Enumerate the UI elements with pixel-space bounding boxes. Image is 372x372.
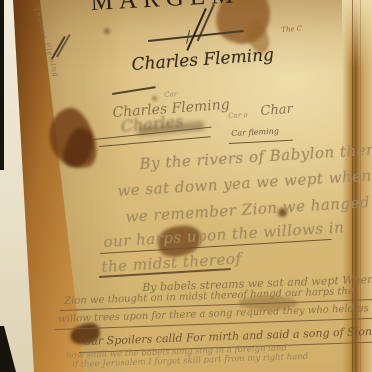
photo-edge-left (0, 0, 4, 170)
signature-small-note-1: Car (164, 90, 177, 99)
page-edge-line-2 (360, 0, 361, 372)
ink-spot-3 (152, 96, 157, 101)
manuscript-photo: MARGEM Thomas Fleming The C Charles Flem… (0, 0, 372, 372)
page-edge-line (352, 0, 353, 372)
ink-spot-2 (104, 28, 110, 34)
signature-secondary-suffix: Char (260, 102, 293, 119)
red-ink-note: The C (281, 25, 302, 34)
page-right-edge (342, 0, 372, 372)
signature-small-note-2: Car o (228, 111, 248, 120)
